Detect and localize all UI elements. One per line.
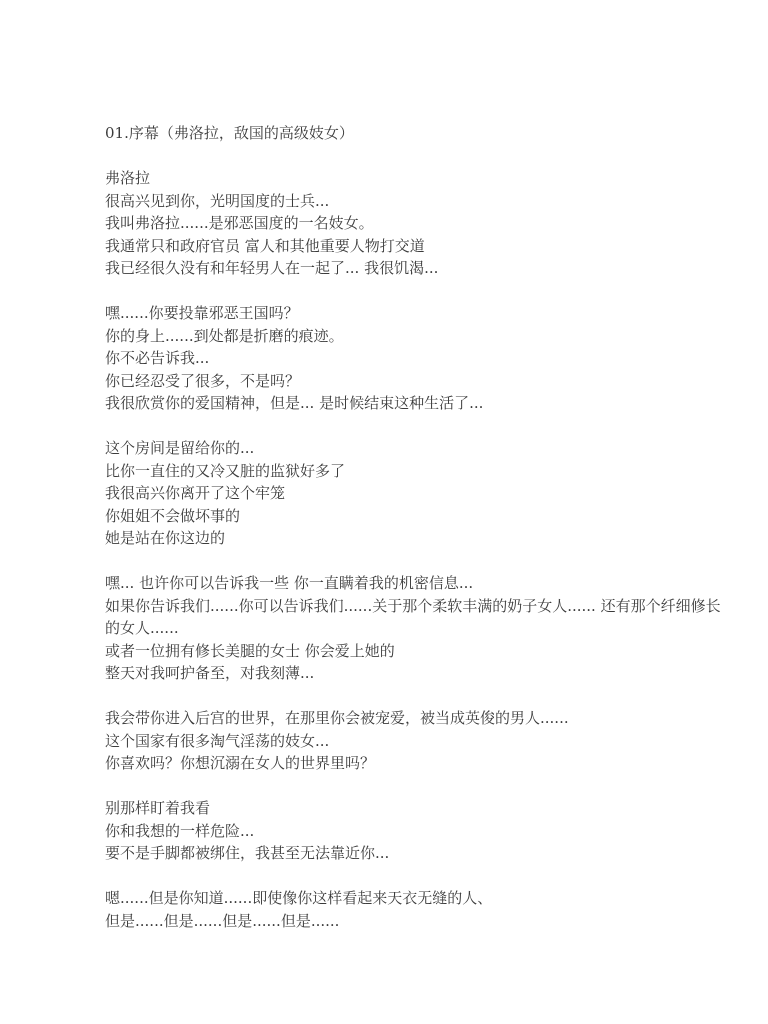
section-title: 01.序幕（弗洛拉，敌国的高级妓女） xyxy=(105,122,748,145)
text-line: 你姐姐不会做坏事的 xyxy=(105,505,748,528)
text-line: 要不是手脚都被绑住，我甚至无法靠近你... xyxy=(105,842,748,865)
text-line: 弗洛拉 xyxy=(105,167,748,190)
text-line: 别那样盯着我看 xyxy=(105,797,748,820)
paragraph: 弗洛拉很高兴见到你，光明国度的士兵...我叫弗洛拉......是邪恶国度的一名妓… xyxy=(105,167,748,280)
text-line: 嗯......但是你知道......即使像你这样看起来天衣无缝的人、 xyxy=(105,887,748,910)
text-line: 我已经很久没有和年轻男人在一起了... 我很饥渴... xyxy=(105,257,748,280)
text-line: 我很欣赏你的爱国精神，但是... 是时候结束这种生活了... xyxy=(105,392,748,415)
text-line: 你的身上......到处都是折磨的痕迹。 xyxy=(105,325,748,348)
text-line: 这个房间是留给你的... xyxy=(105,437,748,460)
text-line: 或者一位拥有修长美腿的女士 你会爱上她的 xyxy=(105,640,748,663)
text-line: 她是站在你这边的 xyxy=(105,527,748,550)
text-line: 这个国家有很多淘气淫荡的妓女... xyxy=(105,730,748,753)
paragraph: 我会带你进入后宫的世界，在那里你会被宠爱，被当成英俊的男人......这个国家有… xyxy=(105,707,748,775)
text-line: 你已经忍受了很多，不是吗？ xyxy=(105,370,748,393)
paragraph: 嗯......但是你知道......即使像你这样看起来天衣无缝的人、但是....… xyxy=(105,887,748,932)
document-page: 01.序幕（弗洛拉，敌国的高级妓女） 弗洛拉很高兴见到你，光明国度的士兵...我… xyxy=(0,0,768,1024)
text-line: 你和我想的一样危险... xyxy=(105,820,748,843)
paragraphs-container: 弗洛拉很高兴见到你，光明国度的士兵...我叫弗洛拉......是邪恶国度的一名妓… xyxy=(105,167,748,932)
text-line: 的女人...... xyxy=(105,617,748,640)
text-line: 整天对我呵护备至，对我刻薄... xyxy=(105,662,748,685)
text-line: 我会带你进入后宫的世界，在那里你会被宠爱，被当成英俊的男人...... xyxy=(105,707,748,730)
paragraph: 别那样盯着我看你和我想的一样危险...要不是手脚都被绑住，我甚至无法靠近你... xyxy=(105,797,748,865)
text-line: 但是......但是......但是......但是...... xyxy=(105,910,748,933)
paragraph: 嘿... 也许你可以告诉我一些 你一直瞒着我的机密信息...如果你告诉我们...… xyxy=(105,572,748,685)
text-line: 我很高兴你离开了这个牢笼 xyxy=(105,482,748,505)
text-line: 嘿... 也许你可以告诉我一些 你一直瞒着我的机密信息... xyxy=(105,572,748,595)
text-line: 如果你告诉我们......你可以告诉我们......关于那个柔软丰满的奶子女人.… xyxy=(105,595,748,618)
text-line: 很高兴见到你，光明国度的士兵... xyxy=(105,190,748,213)
paragraph: 这个房间是留给你的...比你一直住的又冷又脏的监狱好多了我很高兴你离开了这个牢笼… xyxy=(105,437,748,550)
text-line: 嘿......你要投靠邪恶王国吗？ xyxy=(105,302,748,325)
text-line: 你不必告诉我... xyxy=(105,347,748,370)
text-line: 你喜欢吗？你想沉溺在女人的世界里吗？ xyxy=(105,752,748,775)
paragraph: 嘿......你要投靠邪恶王国吗？你的身上......到处都是折磨的痕迹。你不必… xyxy=(105,302,748,415)
text-line: 我通常只和政府官员 富人和其他重要人物打交道 xyxy=(105,235,748,258)
text-line: 我叫弗洛拉......是邪恶国度的一名妓女。 xyxy=(105,212,748,235)
text-line: 比你一直住的又冷又脏的监狱好多了 xyxy=(105,460,748,483)
